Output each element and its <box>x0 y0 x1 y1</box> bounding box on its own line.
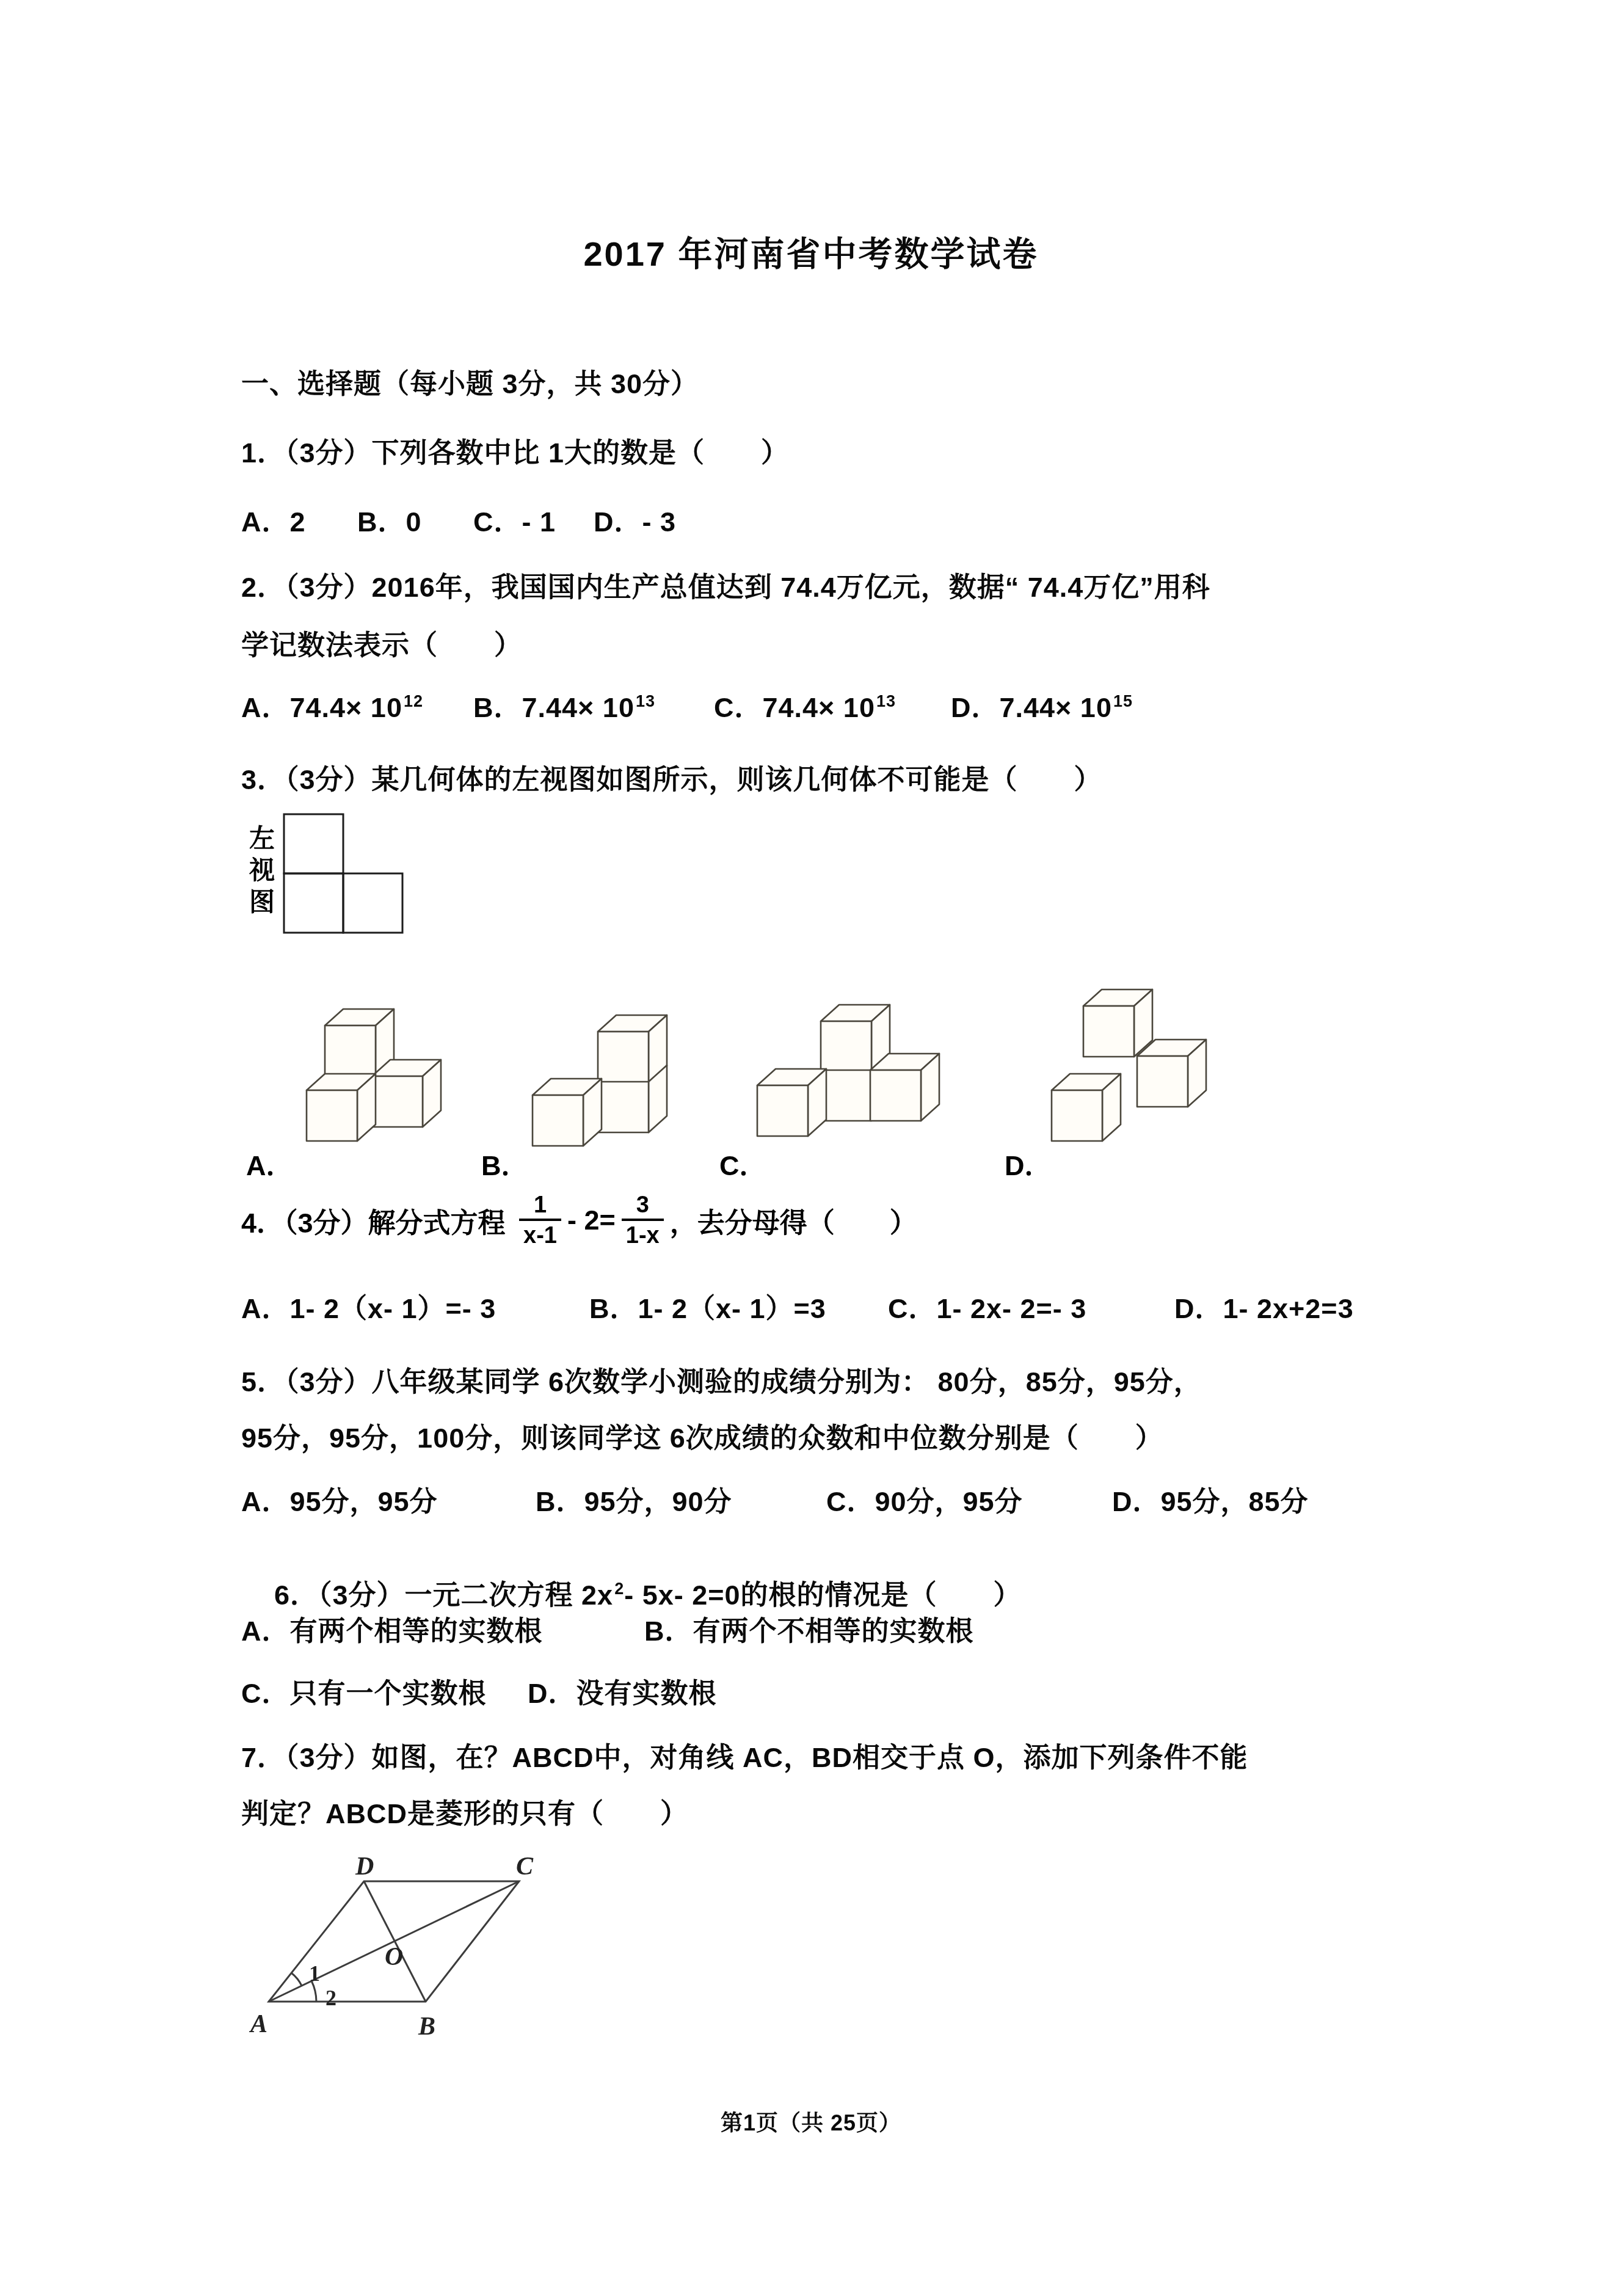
left-view-square-top <box>284 814 343 873</box>
q3-option-a-label: A． <box>246 1143 294 1183</box>
vertex-d-label: D <box>355 1853 374 1881</box>
q6-option-d: D．没有实数根 <box>528 1671 717 1711</box>
exam-page: 2017 年河南省中考数学试卷 一、选择题（每小题 3分，共 30分） 1．（3… <box>0 0 1622 2296</box>
question-6-options-ab: A．有两个相等的实数根 B．有两个不相等的实数根 <box>241 1609 974 1649</box>
q6-option-a: A．有两个相等的实数根 <box>241 1609 644 1649</box>
q4-option-c: C．1- 2x- 2=- 3 <box>888 1286 1174 1326</box>
q5-option-c: C．90分，95分 <box>826 1479 1112 1519</box>
question-7-stem-line2: 判定？ABCD是菱形的只有（ ） <box>241 1791 688 1831</box>
question-5-stem-line1: 5．（3分）八年级某同学 6次数学小测验的成绩分别为： 80分，85分，95分， <box>241 1360 1202 1399</box>
q5-option-d: D．95分，85分 <box>1112 1479 1309 1519</box>
q3-option-d-label: D． <box>1005 1143 1052 1183</box>
q1-option-c: C．- 1 <box>473 500 594 539</box>
q5-option-a: A．95分，95分 <box>241 1479 536 1519</box>
page-title: 2017 年河南省中考数学试卷 <box>0 227 1622 276</box>
q4-option-d: D．1- 2x+2=3 <box>1174 1286 1354 1326</box>
q4-option-b: B．1- 2（x- 1）=3 <box>589 1286 888 1326</box>
q4-fraction-1-denominator: x-1 <box>519 1219 561 1249</box>
question-6-options-cd: C．只有一个实数根 D．没有实数根 <box>241 1671 717 1711</box>
question-2-options: A．74.4× 1012 B．7.44× 1013 C．74.4× 1013 D… <box>241 685 1133 725</box>
q1-option-a: A．2 <box>241 500 357 539</box>
cube-figure-option-a <box>298 1000 500 1165</box>
vertex-b-label: B <box>418 2013 435 2041</box>
q4-fraction-1: 1 x-1 <box>519 1192 561 1248</box>
q2-option-b-exponent: 13 <box>636 692 655 710</box>
q2-option-d: D．7.44× 1015 <box>951 685 1133 725</box>
section-one-heading: 一、选择题（每小题 3分，共 30分） <box>241 362 699 401</box>
cube-figure-option-d <box>1043 980 1245 1145</box>
vertex-a-label: A <box>249 2010 267 2038</box>
question-1-options: A．2 B．0 C．- 1 D．- 3 <box>241 500 676 539</box>
angle-2-label: 2 <box>325 1986 336 2010</box>
q1-option-d: D．- 3 <box>594 500 676 539</box>
question-5-stem-line2: 95分，95分，100分，则该同学这 6次成绩的众数和中位数分别是（ ） <box>241 1416 1163 1456</box>
parallelogram-figure: A B C D O 1 2 <box>238 1854 629 2061</box>
left-view-square-bottom-right <box>343 873 402 933</box>
q6-exponent: 2 <box>614 1580 624 1598</box>
q6-option-c: C．只有一个实数根 <box>241 1671 528 1711</box>
question-4-options: A．1- 2（x- 1）=- 3 B．1- 2（x- 1）=3 C．1- 2x-… <box>241 1286 1354 1326</box>
q4-fraction-2-denominator: 1-x <box>622 1219 664 1249</box>
q1-option-b: B．0 <box>357 500 473 539</box>
question-1-stem: 1．（3分）下列各数中比 1大的数是（ ） <box>241 431 789 470</box>
left-view-label: 左视图 <box>242 825 278 920</box>
question-4-stem: 4．（3分）解分式方程 1 x-1 - 2= 3 1-x ，去分母得（ ） <box>241 1180 917 1261</box>
q2-option-c-exponent: 13 <box>876 692 896 710</box>
point-o-label: O <box>385 1943 403 1971</box>
question-5-options: A．95分，95分 B．95分，90分 C．90分，95分 D．95分，85分 <box>241 1479 1309 1519</box>
q4-fraction-2: 3 1-x <box>622 1192 664 1248</box>
cube-figure-option-c <box>749 996 950 1161</box>
vertex-c-label: C <box>516 1853 534 1881</box>
question-3-stem: 3．（3分）某几何体的左视图如图所示，则该几何体不可能是（ ） <box>241 757 1102 797</box>
q3-option-b-label: B． <box>481 1143 529 1183</box>
left-view-square-bottom-left <box>284 873 343 933</box>
angle-1-arc <box>291 1973 302 1986</box>
q2-option-c: C．74.4× 1013 <box>714 685 951 725</box>
q6-option-b: B．有两个不相等的实数根 <box>644 1609 974 1649</box>
q2-option-b: B．7.44× 1013 <box>473 685 714 725</box>
q2-option-a-exponent: 12 <box>404 692 423 710</box>
q4-fraction-2-numerator: 3 <box>632 1192 653 1219</box>
q4-option-a: A．1- 2（x- 1）=- 3 <box>241 1286 589 1326</box>
q2-option-d-exponent: 15 <box>1113 692 1133 710</box>
question-2-stem-line1: 2．（3分）2016年，我国国内生产总值达到 74.4万亿元，数据“ 74.4万… <box>241 565 1210 605</box>
left-view-figure <box>282 812 410 941</box>
cube-figure-option-b <box>524 1006 726 1171</box>
page-footer: 第1页（共 25页） <box>0 2106 1622 2137</box>
q5-option-b: B．95分，90分 <box>536 1479 826 1519</box>
diagonal-bd <box>364 1881 426 2002</box>
angle-1-label: 1 <box>309 1961 320 1986</box>
question-2-stem-line2: 学记数法表示（ ） <box>241 623 522 663</box>
q2-option-a: A．74.4× 1012 <box>241 685 473 725</box>
q4-mid-text: - 2= <box>567 1204 616 1236</box>
question-7-stem-line1: 7．（3分）如图，在？ABCD中，对角线 AC，BD相交于点 O，添加下列条件不… <box>241 1735 1248 1775</box>
q4-lead-text: 4．（3分）解分式方程 <box>241 1201 513 1241</box>
q4-fraction-1-numerator: 1 <box>529 1192 551 1219</box>
q3-option-c-label: C． <box>719 1143 767 1183</box>
q4-tail-text: ，去分母得（ ） <box>670 1201 917 1241</box>
